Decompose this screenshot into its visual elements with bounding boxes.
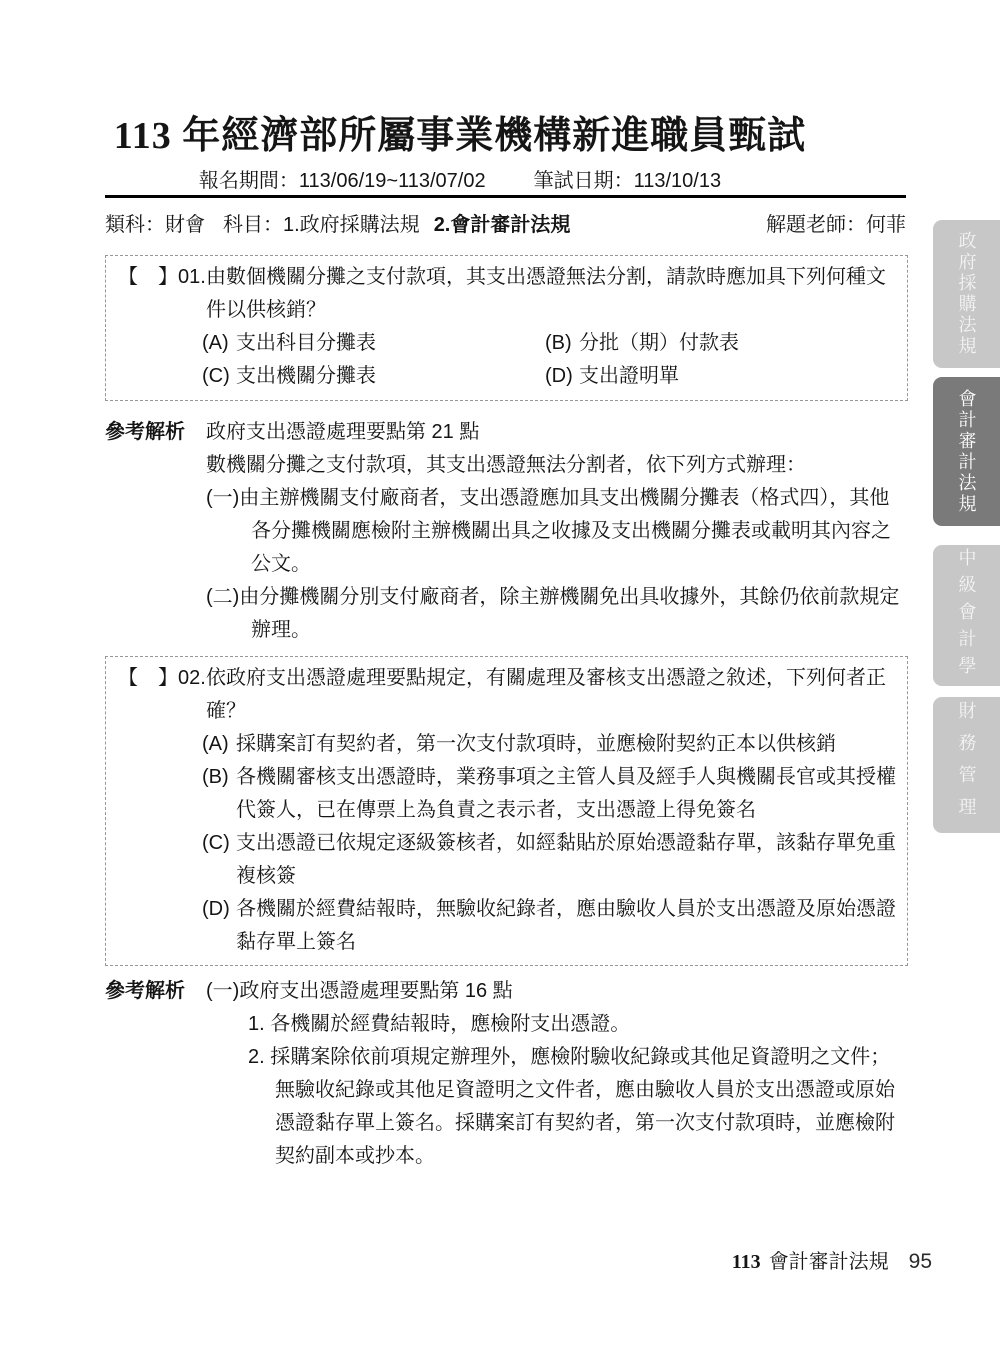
exam-info-row: 類科：財會 科目：1.政府採購法規 2.會計審計法規 解題老師：何菲: [105, 208, 906, 237]
analysis-item-1: (一)由主辦機關支付廠商者，支出憑證應加具支出機關分攤表（格式四），其他各分攤機…: [206, 482, 908, 581]
exam-solution-page: 113 年經濟部所屬事業機構新進職員甄試 報名期間：113/06/19~113/…: [0, 0, 1000, 1353]
tab-label: 財務管理: [954, 701, 980, 829]
header-divider: [105, 195, 906, 198]
subject-label-bold: 2.會計審計法規: [434, 208, 571, 237]
option-d: (D) 各機關於經費結報時，無驗收紀錄者，應由驗收人員於支出憑證及原始憑證黏存單…: [202, 893, 895, 959]
analysis-item-2: (二)由分攤機關分別支付廠商者，除主辦機關免出具收據外，其餘仍依前款規定辦理。: [206, 581, 908, 647]
analysis-numbered-items: 1. 各機關於經費結報時，應檢附支出憑證。 2. 採購案除依前項規定辦理外，應檢…: [206, 1008, 908, 1173]
page-footer: 113 會計審計法規 95: [732, 1245, 932, 1274]
analysis-line: 數機關分攤之支付款項，其支出憑證無法分割者，依下列方式辦理：: [206, 449, 908, 482]
footer-subject: 會計審計法規: [769, 1245, 889, 1274]
option-text: 支出證明單: [579, 360, 679, 393]
analysis-block-01: 參考解析 政府支出憑證處理要點第 21 點 數機關分攤之支付款項，其支出憑證無法…: [105, 416, 910, 647]
analysis-line: 政府支出憑證處理要點第 21 點: [206, 416, 908, 449]
exam-dates-row: 報名期間：113/06/19~113/07/02 筆試日期：113/10/13: [0, 164, 920, 193]
option-key: (D): [545, 360, 579, 393]
question-02-stem: 依政府支出憑證處理要點規定，有關處理及審核支出憑證之敘述，下列何者正確？: [206, 662, 894, 728]
analysis-item-2: 2. 採購案除依前項規定辦理外，應檢附驗收紀錄或其他足資證明之文件；無驗收紀錄或…: [248, 1041, 908, 1173]
option-key: (C): [202, 360, 236, 393]
option-key: (D): [202, 893, 236, 959]
answer-bracket: 【 】: [118, 266, 178, 288]
question-02-answer-bracket: 【 】02.: [118, 662, 206, 728]
option-a: (A) 採購案訂有契約者，第一次支付款項時，並應檢附契約正本以供核銷: [202, 728, 895, 761]
question-01-options: (A) 支出科目分攤表 (B) 分批（期）付款表 (C) 支出機關分攤表 (D)…: [202, 327, 895, 393]
option-key: (B): [545, 327, 579, 360]
option-text: 各機關審核支出憑證時，業務事項之主管人員及經手人與機關長官或其授權代簽人，已在傳…: [236, 761, 896, 827]
analysis-01-content: 政府支出憑證處理要點第 21 點 數機關分攤之支付款項，其支出憑證無法分割者，依…: [206, 416, 908, 647]
question-01-answer-bracket: 【 】01.: [118, 261, 206, 327]
tab-label: 政府採購法規: [954, 231, 980, 357]
analysis-label: 參考解析: [105, 975, 206, 1173]
analysis-item-1: 1. 各機關於經費結報時，應檢附支出憑證。: [248, 1008, 908, 1041]
question-02-options: (A) 採購案訂有契約者，第一次支付款項時，並應檢附契約正本以供核銷 (B) 各…: [202, 728, 895, 959]
sidebar-tab-intermediate-accounting: 中級會計學: [933, 545, 1000, 686]
subject-label: 科目：1.政府採購法規: [223, 208, 420, 237]
sidebar-tab-accounting-auditing-law: 會計審計法規: [933, 377, 1000, 526]
question-01-stem-row: 【 】01. 由數個機關分攤之支付款項，其支出憑證無法分割，請款時應加具下列何種…: [118, 261, 895, 327]
option-d: (D) 支出證明單: [545, 360, 895, 393]
analysis-block-02: 參考解析 (一)政府支出憑證處理要點第 16 點 1. 各機關於經費結報時，應檢…: [105, 975, 910, 1173]
option-text: 支出憑證已依規定逐級簽核者，如經黏貼於原始憑證黏存單，該黏存單免重複核簽: [236, 827, 896, 893]
option-key: (B): [202, 761, 236, 827]
option-c: (C) 支出憑證已依規定逐級簽核者，如經黏貼於原始憑證黏存單，該黏存單免重複核簽: [202, 827, 895, 893]
page-number: 95: [909, 1250, 932, 1274]
option-text: 支出科目分攤表: [236, 327, 376, 360]
option-text: 支出機關分攤表: [236, 360, 376, 393]
option-c: (C) 支出機關分攤表: [202, 360, 545, 393]
page-title: 113 年經濟部所屬事業機構新進職員甄試: [0, 104, 920, 159]
category-label: 類科：財會: [105, 208, 205, 237]
option-key: (A): [202, 728, 236, 761]
tab-label: 會計審計法規: [954, 389, 980, 515]
sidebar-tab-financial-management: 財務管理: [933, 697, 1000, 833]
option-text: 分批（期）付款表: [579, 327, 739, 360]
question-box-02: 【 】02. 依政府支出憑證處理要點規定，有關處理及審核支出憑證之敘述，下列何者…: [105, 656, 908, 966]
question-number: 01.: [178, 266, 206, 288]
registration-period: 報名期間：113/06/19~113/07/02: [199, 164, 486, 193]
option-text: 各機關於經費結報時，無驗收紀錄者，應由驗收人員於支出憑證及原始憑證黏存單上簽名: [236, 893, 896, 959]
teacher-label: 解題老師：何菲: [766, 208, 906, 237]
answer-bracket: 【 】: [118, 667, 178, 689]
question-box-01: 【 】01. 由數個機關分攤之支付款項，其支出憑證無法分割，請款時應加具下列何種…: [105, 255, 908, 401]
option-b: (B) 各機關審核支出憑證時，業務事項之主管人員及經手人與機關長官或其授權代簽人…: [202, 761, 895, 827]
analysis-label: 參考解析: [105, 416, 206, 647]
question-01-stem: 由數個機關分攤之支付款項，其支出憑證無法分割，請款時應加具下列何種文件以供核銷？: [206, 261, 894, 327]
option-key: (C): [202, 827, 236, 893]
exam-date: 筆試日期：113/10/13: [534, 164, 722, 193]
option-b: (B) 分批（期）付款表: [545, 327, 895, 360]
question-number: 02.: [178, 667, 206, 689]
footer-year: 113: [732, 1251, 761, 1274]
option-key: (A): [202, 327, 236, 360]
analysis-heading: (一)政府支出憑證處理要點第 16 點: [206, 975, 908, 1008]
option-a: (A) 支出科目分攤表: [202, 327, 545, 360]
option-text: 採購案訂有契約者，第一次支付款項時，並應檢附契約正本以供核銷: [236, 728, 836, 761]
analysis-02-content: (一)政府支出憑證處理要點第 16 點 1. 各機關於經費結報時，應檢附支出憑證…: [206, 975, 908, 1173]
sidebar-tab-government-procurement-law: 政府採購法規: [933, 220, 1000, 368]
tab-label: 中級會計學: [954, 548, 980, 683]
question-02-stem-row: 【 】02. 依政府支出憑證處理要點規定，有關處理及審核支出憑證之敘述，下列何者…: [118, 662, 895, 728]
